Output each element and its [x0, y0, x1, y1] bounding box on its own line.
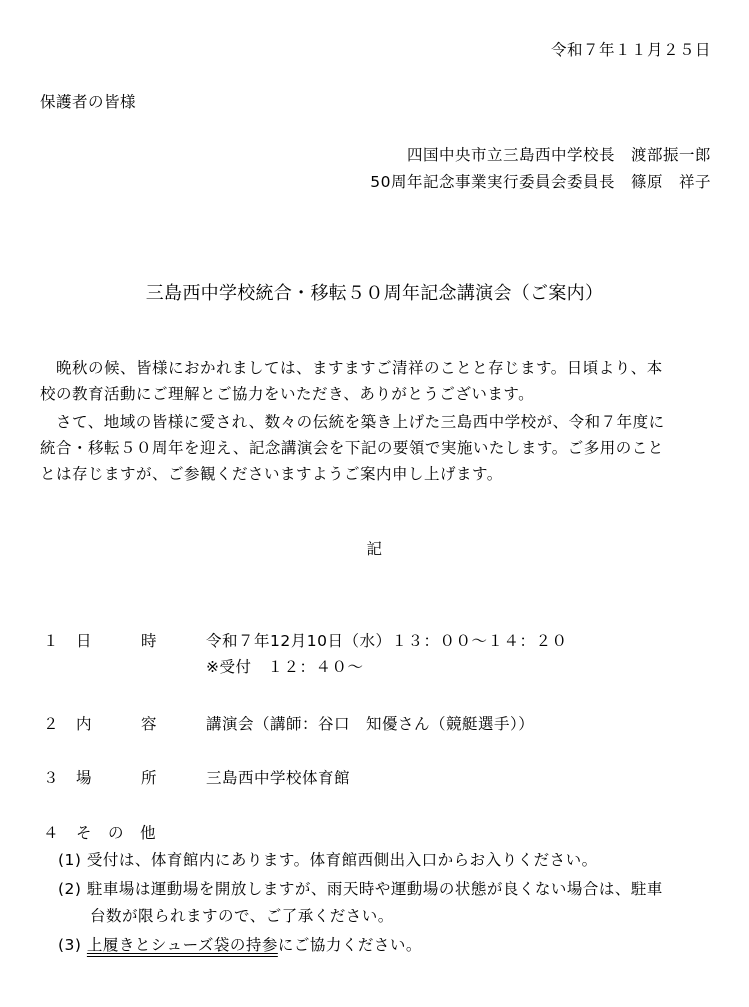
- item-label-part-2: 容: [141, 717, 157, 733]
- note-text: にご協力ください。: [278, 936, 422, 954]
- item-label: そ の 他: [76, 826, 156, 842]
- ki-heading: 記: [0, 542, 749, 558]
- note-prefix: (2): [58, 880, 81, 898]
- item-value-venue: 三島西中学校体育館: [206, 771, 350, 787]
- item-label-part-1: 日: [76, 634, 92, 650]
- item-label-part-2: 所: [141, 771, 157, 787]
- note-prefix: (3): [58, 936, 81, 954]
- note-underlined-text: 上履きとシューズ袋の持参: [87, 936, 278, 954]
- note-2: (2) 駐車場は運動場を開放しますが、雨天時や運動場の状態が良くない場合は、駐車: [58, 882, 663, 898]
- note-2-continuation: 台数が限られますので、ご了承ください。: [90, 909, 394, 925]
- item-value-reception: ※受付 １２：４０～: [206, 660, 364, 676]
- item-label-part-2: 時: [141, 634, 157, 650]
- body-paragraph-1-line-1: 晩秋の候、皆様におかれましては、ますますご清祥のことと存じます。日頃より、本: [40, 361, 663, 377]
- item-number: ２: [43, 717, 59, 733]
- item-label-part-1: 内: [76, 717, 92, 733]
- note-text: 駐車場は運動場を開放しますが、雨天時や運動場の状態が良くない場合は、駐車: [87, 880, 663, 898]
- document-title: 三島西中学校統合・移転５０周年記念講演会（ご案内）: [0, 285, 749, 303]
- sender-principal: 四国中央市立三島西中学校長 渡部振一郎: [407, 148, 711, 164]
- addressee: 保護者の皆様: [40, 95, 136, 111]
- body-paragraph-1-line-2: 校の教育活動にご理解とご協力をいただき、ありがとうございます。: [40, 387, 534, 403]
- item-number: ３: [43, 771, 59, 787]
- sender-committee-chair: 50周年記念事業実行委員会委員長 篠原 祥子: [370, 175, 711, 191]
- note-1: (1) 受付は、体育館内にあります。体育館西側出入口からお入りください。: [58, 853, 598, 869]
- item-value-content: 講演会（講師：谷口 知優さん（競艇選手））: [206, 717, 534, 733]
- document-date: 令和７年１１月２５日: [551, 43, 711, 59]
- note-text: 受付は、体育館内にあります。体育館西側出入口からお入りください。: [87, 851, 598, 869]
- body-paragraph-2-line-3: とは存じますが、ご参観くださいますようご案内申し上げます。: [40, 467, 503, 483]
- body-paragraph-2-line-1: さて、地域の皆様に愛され、数々の伝統を築き上げた三島西中学校が、令和７年度に: [40, 415, 665, 431]
- item-label-part-1: 場: [76, 771, 92, 787]
- note-prefix: (1): [58, 851, 81, 869]
- body-paragraph-2-line-2: 統合・移転５０周年を迎え、記念講演会を下記の要領で実施いたします。ご多用のこと: [40, 441, 664, 457]
- item-value-datetime: 令和７年12月10日（水）１３：００～１４：２０: [206, 634, 567, 650]
- item-number: １: [43, 634, 59, 650]
- note-3: (3) 上履きとシューズ袋の持参にご協力ください。: [58, 938, 422, 954]
- item-number: ４: [43, 826, 59, 842]
